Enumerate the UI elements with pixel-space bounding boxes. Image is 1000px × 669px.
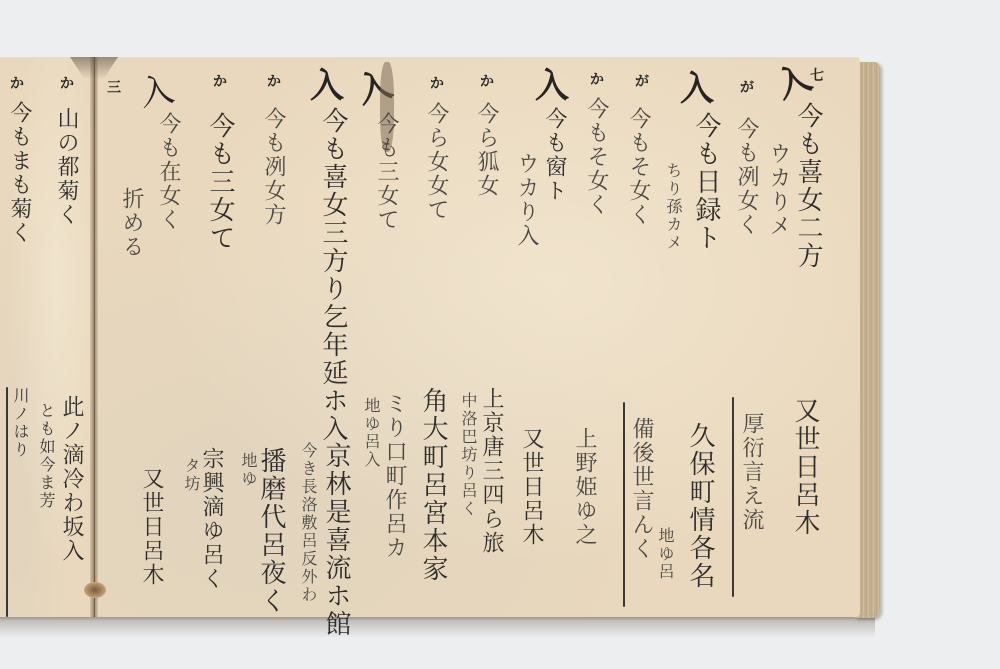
- right-column-r9: ウカり入: [515, 152, 537, 248]
- mark-r7: か: [590, 69, 602, 89]
- left-page: か か 今もまも菊く 山の都菊く 川ノはり とも如今ま芳 此ノ滴冷わ坂入: [0, 57, 95, 617]
- photo-scene: か か 今もまも菊く 山の都菊く 川ノはり とも如今ま芳 此ノ滴冷わ坂入 七 入…: [0, 0, 1000, 669]
- lower-column-l19: 又世日呂木: [140, 467, 162, 587]
- lower-column-l15: 播磨代呂夜く: [258, 447, 284, 615]
- right-column-r16: 今も在女く: [157, 112, 179, 232]
- right-column-r10: 今ら狐女: [475, 102, 497, 198]
- lower-column-l1: 又世日呂木: [792, 397, 818, 537]
- lower-column-l7: 又世日呂木: [520, 427, 542, 547]
- right-column-r4: 今も日録ト: [693, 112, 719, 252]
- right-column-r6: 今もそ女く: [627, 107, 649, 227]
- left-lower-column-1: 川ノはり: [12, 387, 28, 459]
- right-column-r5: ちり孫カメ: [665, 162, 681, 252]
- mark-r3: が: [740, 77, 752, 97]
- lower-column-l9: 中洛巴坊り呂く: [460, 392, 476, 518]
- right-column-r17: 折める: [120, 187, 142, 259]
- right-column-r7: 今もそ女く: [585, 97, 607, 217]
- left-lower-column-2: とも如今ま芳: [38, 402, 54, 510]
- lower-column-l10: 角大町呂宮本家: [420, 387, 446, 583]
- book-gutter: [90, 57, 98, 617]
- mark-r10: か: [480, 71, 492, 91]
- lower-column-l17: 宗興滴ゆ呂く: [200, 447, 222, 591]
- iri-mark-r16: 入: [137, 72, 176, 111]
- right-column-r11: 今ら女女て: [425, 102, 447, 222]
- lower-rule-2: [623, 402, 625, 607]
- left-top-mark-1: か: [10, 73, 22, 93]
- mark-r11: か: [430, 73, 442, 93]
- lower-column-l5: 備後世言んく: [630, 417, 652, 561]
- mark-r6: が: [635, 71, 647, 91]
- right-column-r3: 今も冽女く: [735, 117, 757, 237]
- lower-rule-1: [732, 397, 734, 597]
- left-margin-rule: [6, 387, 8, 617]
- right-page: 七 入 今も喜女二方 ウカりメ が 今も冽女く 入 今も日録ト ちり孫カメ が …: [95, 57, 860, 617]
- lower-column-l6: 上野姫ゆ之: [573, 427, 595, 547]
- binding-hole: [84, 582, 106, 598]
- left-top-mark-2: か: [60, 73, 72, 93]
- right-column-r14: 今も冽女方: [262, 107, 284, 227]
- iri-mark-r8: 入: [535, 69, 569, 103]
- right-column-r13: 今も喜女三方り乞年延ホ入: [320, 107, 346, 443]
- lower-column-l11: ミり口町作呂カ: [383, 392, 405, 560]
- right-column-r1: 今も喜女二方: [795, 102, 821, 270]
- left-column-1: 今もまも菊く: [8, 101, 30, 245]
- iri-mark-r13: 入: [310, 69, 344, 103]
- iri-mark-r4: 入: [680, 72, 714, 106]
- mark-r17: 三: [107, 77, 119, 97]
- mark-r14: か: [267, 71, 279, 91]
- lower-column-l14: 今き長洛敷呂反外わ: [300, 442, 316, 604]
- left-column-2: 山の都菊く: [55, 107, 77, 227]
- lower-column-l4: 地ゆ呂: [657, 527, 673, 581]
- right-column-r2: ウカりメ: [767, 142, 789, 238]
- left-lower-column-3: 此ノ滴冷わ坂入: [60, 395, 82, 563]
- lower-column-l18: タ坊: [183, 457, 199, 493]
- lower-column-l16: 地ゆ: [240, 452, 256, 488]
- lower-column-l3: 久保町情各名: [687, 422, 713, 590]
- lower-column-l13: 京林是喜流ホ館: [323, 442, 349, 638]
- right-column-r12: 今も三女て: [375, 112, 397, 232]
- mark-r15: か: [213, 71, 225, 91]
- lower-column-l8: 上京唐三四ら旅: [480, 387, 502, 555]
- lower-column-l2: 厚衍言え流: [740, 412, 762, 532]
- right-column-r8: 今も窗ト: [543, 107, 565, 203]
- lower-column-l12: 地ゆ呂入: [363, 397, 379, 469]
- right-column-r15: 今も三女て: [207, 112, 233, 252]
